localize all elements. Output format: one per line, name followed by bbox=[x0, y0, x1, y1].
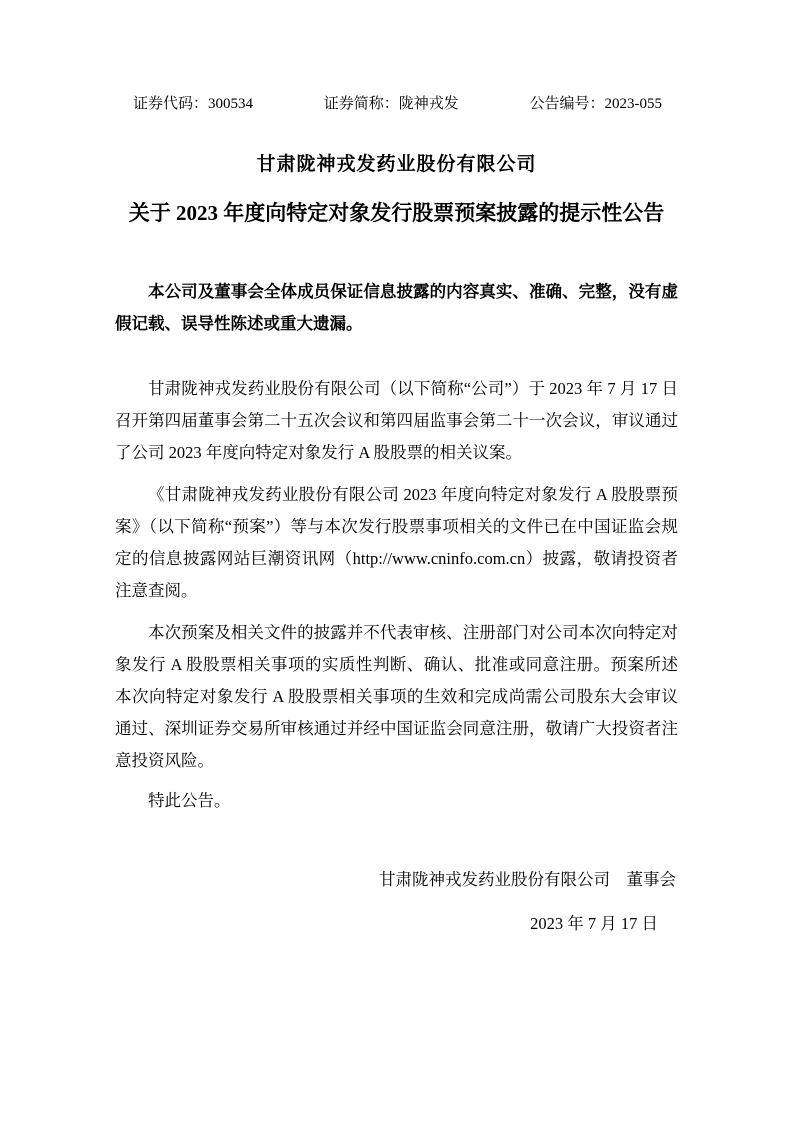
board-truthfulness-statement: 本公司及董事会全体成员保证信息披露的内容真实、准确、完整，没有虚假记载、误导性陈… bbox=[115, 276, 678, 340]
paragraph-risk-notice: 本次预案及相关文件的披露并不代表审核、注册部门对公司本次向特定对象发行 A 股股… bbox=[115, 617, 678, 777]
stock-code: 证券代码：300534 bbox=[133, 94, 253, 114]
date-line: 2023 年 7 月 17 日 bbox=[115, 908, 678, 940]
paragraph-plan-disclosure: 《甘肃陇神戎发药业股份有限公司 2023 年度向特定对象发行 A 股股票预案》（… bbox=[115, 479, 678, 607]
announcement-title: 关于 2023 年度向特定对象发行股票预案披露的提示性公告 bbox=[115, 198, 678, 228]
announcement-number: 公告编号：2023-055 bbox=[530, 94, 663, 114]
closing-line: 特此公告。 bbox=[115, 785, 678, 817]
stock-abbr: 证券简称：陇神戎发 bbox=[324, 94, 459, 114]
paragraph-board-meeting: 甘肃陇神戎发药业股份有限公司（以下简称“公司”）于 2023 年 7 月 17 … bbox=[115, 373, 678, 469]
document-header: 证券代码：300534 证券简称：陇神戎发 公告编号：2023-055 bbox=[115, 94, 678, 114]
company-title: 甘肃陇神戎发药业股份有限公司 bbox=[115, 151, 678, 179]
signature-board-line: 甘肃陇神戎发药业股份有限公司 董事会 bbox=[115, 864, 678, 896]
announcement-page: 证券代码：300534 证券简称：陇神戎发 公告编号：2023-055 甘肃陇神… bbox=[0, 0, 793, 1122]
